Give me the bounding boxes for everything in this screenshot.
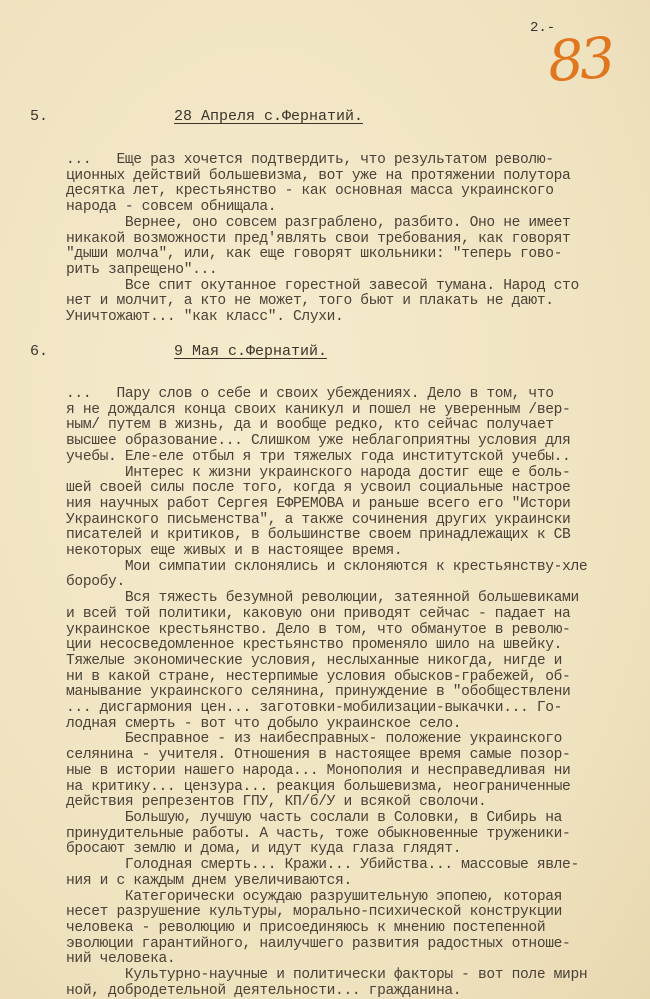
text-line: Интерес к жизни украинского народа дости… <box>66 466 650 482</box>
text-line: ные в истории нашего народа... Монополия… <box>66 764 650 780</box>
text-line: ционных действий большевизма, вот уже на… <box>66 169 650 185</box>
text-line: нет и молчит, а кто не может, того бьют … <box>66 294 650 310</box>
text-line: и всей той политики, каковую они приводя… <box>66 607 650 623</box>
text-line: ... дисгармония цен... заготовки-мобилиз… <box>66 701 650 717</box>
text-line: Украинского письменства", а также сочине… <box>66 513 650 529</box>
text-line: бросают землю и дома, и идут куда глаза … <box>66 842 650 858</box>
text-line: писателей и критиков, в большинстве свое… <box>66 528 650 544</box>
entry-number: 5. <box>30 108 48 125</box>
entry-body: ... Еще раз хочется подтвердить, что рез… <box>66 153 650 326</box>
text-line: высшее образование... Слишком уже неблаг… <box>66 434 650 450</box>
text-line: Культурно-научные и политически факторы … <box>66 968 650 984</box>
document-page: 2.- 83 5. 28 Апреля с.Фернатий. ... Еще … <box>0 0 650 999</box>
text-line: ... Еще раз хочется подтвердить, что рез… <box>66 153 650 169</box>
text-line: манывание украинского селянина, принужде… <box>66 685 650 701</box>
entry-title: 9 Мая с.Фернатий. <box>174 343 327 360</box>
text-line: действия репрезентов ГПУ, КП/б/У и всяко… <box>66 795 650 811</box>
text-line: ным/ путем в жизнь, да и вообще редко, к… <box>66 418 650 434</box>
text-line: Голодная смерть... Кражи... Убийства... … <box>66 858 650 874</box>
text-line: некоторых еще живых и в настоящее время. <box>66 544 650 560</box>
text-line: украинское крестьянство. Дело в том, что… <box>66 623 650 639</box>
text-line: учебы. Еле-еле отбыл я три тяжелых года … <box>66 450 650 466</box>
text-line: Вся тяжесть безумной революции, затеянно… <box>66 591 650 607</box>
text-line: ной, добродетельной деятельности... граж… <box>66 984 650 999</box>
text-line: Вернее, оно совсем разграблено, разбито.… <box>66 216 650 232</box>
text-line: ции несосведомленное крестьянство промен… <box>66 638 650 654</box>
text-line: никакой возможности пред'являть свои тре… <box>66 232 650 248</box>
text-line: боробу. <box>66 575 650 591</box>
text-line: человека - революцию и присоединяюсь к м… <box>66 921 650 937</box>
text-line: Уничтожают... "как класс". Слухи. <box>66 310 650 326</box>
text-line: селянина - учителя. Отношения в настояще… <box>66 748 650 764</box>
handwritten-folio-number: 83 <box>546 26 614 95</box>
text-line: рить запрещено"... <box>66 263 650 279</box>
text-line: народа - совсем обнищала. <box>66 200 650 216</box>
text-line: ния и с каждым днем увеличиваются. <box>66 874 650 890</box>
text-line: несет разрушение культуры, морально-псих… <box>66 905 650 921</box>
text-line: ни в какой стране, нестерпимые условия о… <box>66 670 650 686</box>
text-line: ... Пару слов о себе и своих убеждениях.… <box>66 387 650 403</box>
text-line: Бесправное - из наибесправных- положение… <box>66 732 650 748</box>
text-line: десятка лет, крестьянство - как основная… <box>66 184 650 200</box>
entry-title: 28 Апреля с.Фернатий. <box>174 108 363 125</box>
text-line: "дыши молча", или, как еще говорят школь… <box>66 247 650 263</box>
text-line: ний человека. <box>66 952 650 968</box>
text-line: Все спит окутанное горестной завесой тум… <box>66 279 650 295</box>
text-line: на критику... цензура... реакция большев… <box>66 780 650 796</box>
text-line: ния научных работ Сергея ЕФРЕМОВА и рань… <box>66 497 650 513</box>
text-line: шей своей силы после того, когда я усвои… <box>66 481 650 497</box>
entry-body: ... Пару слов о себе и своих убеждениях.… <box>66 387 650 999</box>
entry-number: 6. <box>30 343 48 360</box>
text-line: Мои симпатии склонялись и склоняются к к… <box>66 560 650 576</box>
text-line: Тяжелые экономические условия, неслыханн… <box>66 654 650 670</box>
text-line: эволюции гарантийного, наилучшего развит… <box>66 937 650 953</box>
text-line: Большую, лучшую часть сослали в Соловки,… <box>66 811 650 827</box>
text-line: Категорически осуждаю разрушительную эпо… <box>66 890 650 906</box>
